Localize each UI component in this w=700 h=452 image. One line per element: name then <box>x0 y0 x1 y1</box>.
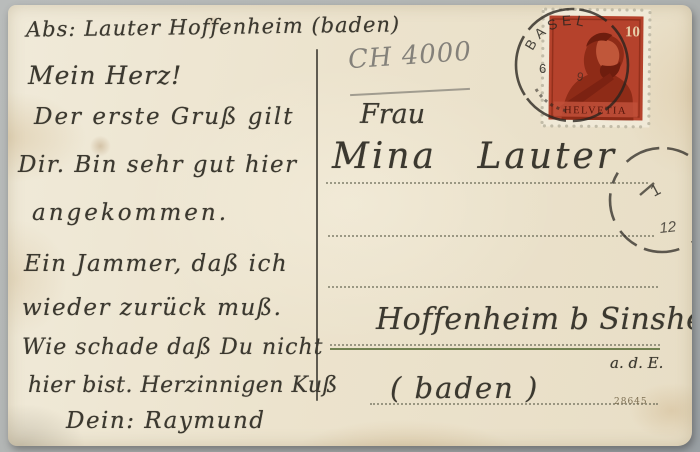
message-line: hier bist. Herzinnigen Kuß <box>28 375 338 397</box>
message-line: Der erste Gruß gilt <box>34 106 294 129</box>
photo-background: Abs: Lauter Hoffenheim (baden) Mein Herz… <box>0 0 700 452</box>
stamp-graphic: 10 HELVETIA <box>539 6 652 129</box>
pencil-underline <box>350 88 470 96</box>
signature-line: Dein: Raymund <box>66 410 266 433</box>
address-rule <box>326 182 648 184</box>
postage-stamp: 10 HELVETIA <box>539 6 652 129</box>
address-title: Frau <box>360 101 425 128</box>
address-rule <box>328 286 658 288</box>
message-line: Ein Jammer, daß ich <box>24 253 288 276</box>
postmark-numeral: 1 <box>648 181 664 200</box>
message-line: wieder zurück muß. <box>22 297 282 320</box>
message-line: angekommen. <box>32 202 229 225</box>
printed-serial-number: 28645 <box>614 397 648 407</box>
address-region: ( baden ) <box>390 374 539 403</box>
address-rule <box>328 235 654 237</box>
stamp-value: 10 <box>625 24 640 40</box>
address-rule <box>330 344 660 346</box>
sender-line: Abs: Lauter Hoffenheim (baden) <box>26 14 400 40</box>
address-town-suffix: a. d. E. <box>610 356 663 371</box>
postmark-tick <box>640 183 654 195</box>
address-name: Mina Lauter <box>332 139 617 175</box>
message-line: Dir. Bin sehr gut hier <box>18 154 298 177</box>
pencil-postal-code: CH 4000 <box>347 39 473 74</box>
message-line: Wie schade daß Du nicht <box>22 337 324 359</box>
address-town: Hoffenheim b Sinsheim <box>376 305 692 335</box>
stamp-country: HELVETIA <box>564 105 627 117</box>
postcard: Abs: Lauter Hoffenheim (baden) Mein Herz… <box>8 5 692 446</box>
address-rule-green <box>330 348 660 350</box>
message-line: Mein Herz! <box>28 63 182 88</box>
postmark-hour: 12 <box>659 218 678 237</box>
